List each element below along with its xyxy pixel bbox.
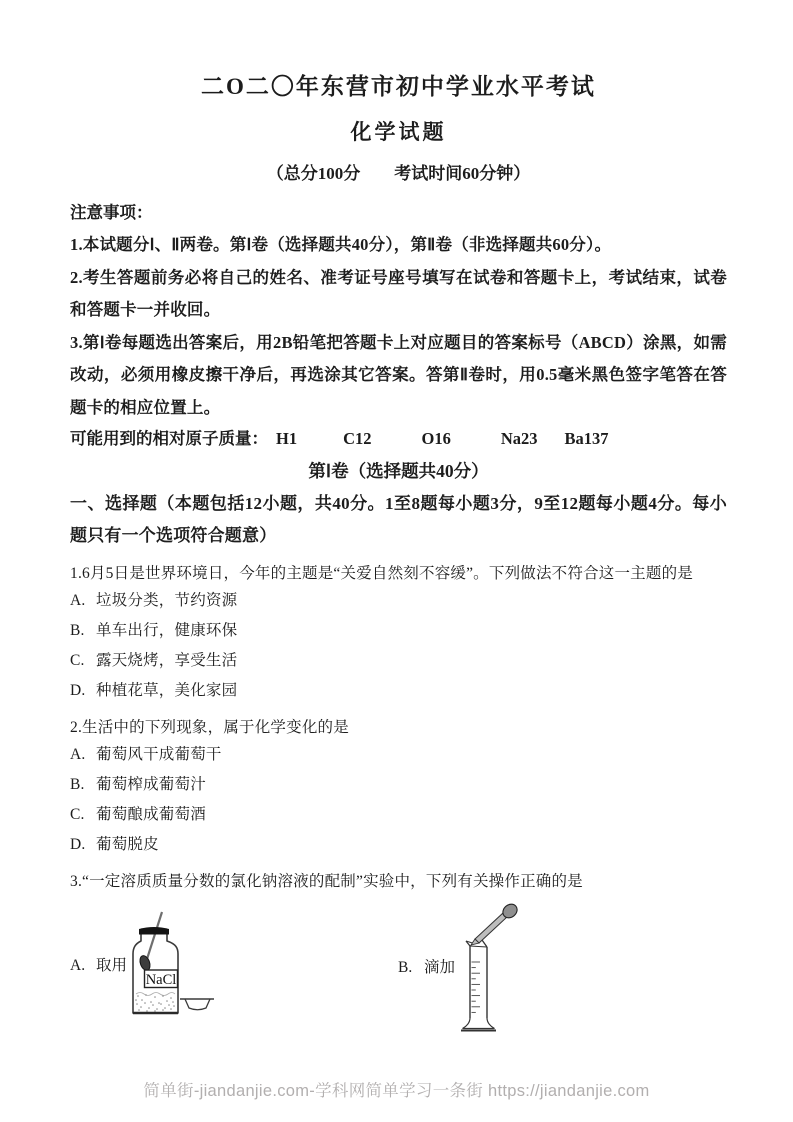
option-label: B. xyxy=(70,770,87,800)
notice-item-1: 1.本试题分Ⅰ、Ⅱ两卷。第Ⅰ卷（选择题共40分），第Ⅱ卷（非选择题共60分）。 xyxy=(70,229,727,262)
option-label: D. xyxy=(70,676,87,706)
option-text: 葡萄脱皮 xyxy=(96,836,159,853)
atomic-mass-na: Na23 xyxy=(501,424,538,453)
atomic-mass-label: 可能用到的相对原子质量： xyxy=(70,424,268,453)
question-2-option-d: D.葡萄脱皮 xyxy=(70,830,727,860)
figure-option-b-label: B.滴加 xyxy=(398,955,455,977)
question-1-stem: 1.6月5日是世界环境日，今年的主题是“关爱自然刻不容缓”。下列做法不符合这一主… xyxy=(70,561,727,586)
atomic-mass-line: 可能用到的相对原子质量： H1 C12 O16 Na23 Ba137 xyxy=(70,424,727,453)
exam-subject-title: 化学试题 xyxy=(70,116,727,146)
dropper-icon xyxy=(471,901,520,945)
option-text: 垃圾分类，节约资源 xyxy=(96,592,237,609)
section-1-heading: 第Ⅰ卷（选择题共40分） xyxy=(70,456,727,486)
question-1-option-b: B.单车出行，健康环保 xyxy=(70,616,727,646)
figure-option-a-label: A.取用 xyxy=(70,953,127,975)
notice-heading: 注意事项： xyxy=(70,197,727,229)
option-text: 葡萄酿成葡萄酒 xyxy=(96,806,206,823)
option-label: A. xyxy=(70,740,87,770)
option-text: 葡萄风干成葡萄干 xyxy=(96,746,222,763)
footer-watermark: 简单街-jiandanjie.com-学科网简单学习一条街 https://ji… xyxy=(0,1077,793,1101)
question-3-stem: 3.“一定溶质质量分数的氯化钠溶液的配制”实验中，下列有关操作正确的是 xyxy=(70,869,727,894)
graduated-cylinder-icon xyxy=(461,940,496,1031)
question-1-option-a: A.垃圾分类，节约资源 xyxy=(70,586,727,616)
atomic-mass-o: O16 xyxy=(422,424,451,453)
nacl-label: NaCl xyxy=(145,970,178,988)
option-text: 葡萄榨成葡萄汁 xyxy=(96,776,206,793)
question-2-stem: 2.生活中的下列现象，属于化学变化的是 xyxy=(70,715,727,740)
spatula-icon xyxy=(138,912,162,972)
question-1-option-d: D.种植花草，美化家园 xyxy=(70,676,727,706)
nacl-label-text: NaCl xyxy=(146,972,177,988)
section-1-instruction: 一、选择题（本题包括12小题，共40分。1至8题每小题3分，9至12题每小题4分… xyxy=(70,488,727,552)
notice-item-2: 2.考生答题前务必将自己的姓名、准考证号座号填写在试卷和答题卡上，考试结束，试卷… xyxy=(70,262,727,327)
exam-content: 二O二〇年东营市初中学业水平考试 化学试题 （总分100分 考试时间60分钟） … xyxy=(0,0,793,1038)
figure-option-b: B.滴加 xyxy=(398,900,521,1032)
dropper-cylinder-figure xyxy=(461,900,521,1032)
option-text: 种植花草，美化家园 xyxy=(96,682,237,699)
atomic-mass-c: C12 xyxy=(343,424,371,453)
nacl-bottle-figure: NaCl xyxy=(130,910,216,1018)
option-label: D. xyxy=(70,830,87,860)
atomic-mass-h: H1 xyxy=(276,424,297,453)
watch-glass-icon xyxy=(180,999,214,1010)
question-3-figures: A.取用 xyxy=(70,900,727,1038)
notice-item-3: 3.第Ⅰ卷每题选出答案后，用2B铅笔把答题卡上对应题目的答案标号（ABCD）涂黑… xyxy=(70,327,727,425)
option-text: 单车出行，健康环保 xyxy=(96,622,237,639)
question-2-option-a: A.葡萄风干成葡萄干 xyxy=(70,740,727,770)
exam-score-time: （总分100分 考试时间60分钟） xyxy=(70,159,727,184)
salt-particles xyxy=(135,993,175,1012)
question-2-option-b: B.葡萄榨成葡萄汁 xyxy=(70,770,727,800)
exam-title: 二O二〇年东营市初中学业水平考试 xyxy=(70,68,727,101)
exam-paper-page: 二O二〇年东营市初中学业水平考试 化学试题 （总分100分 考试时间60分钟） … xyxy=(0,0,793,1122)
option-label: C. xyxy=(70,800,87,830)
figure-option-a: A.取用 xyxy=(70,910,216,1018)
option-label: B. xyxy=(70,616,87,646)
option-label: C. xyxy=(70,646,87,676)
atomic-mass-ba: Ba137 xyxy=(565,424,609,453)
option-text: 露天烧烤，享受生活 xyxy=(96,652,237,669)
question-1-option-c: C.露天烧烤，享受生活 xyxy=(70,646,727,676)
option-label: A. xyxy=(70,586,87,616)
question-2-option-c: C.葡萄酿成葡萄酒 xyxy=(70,800,727,830)
